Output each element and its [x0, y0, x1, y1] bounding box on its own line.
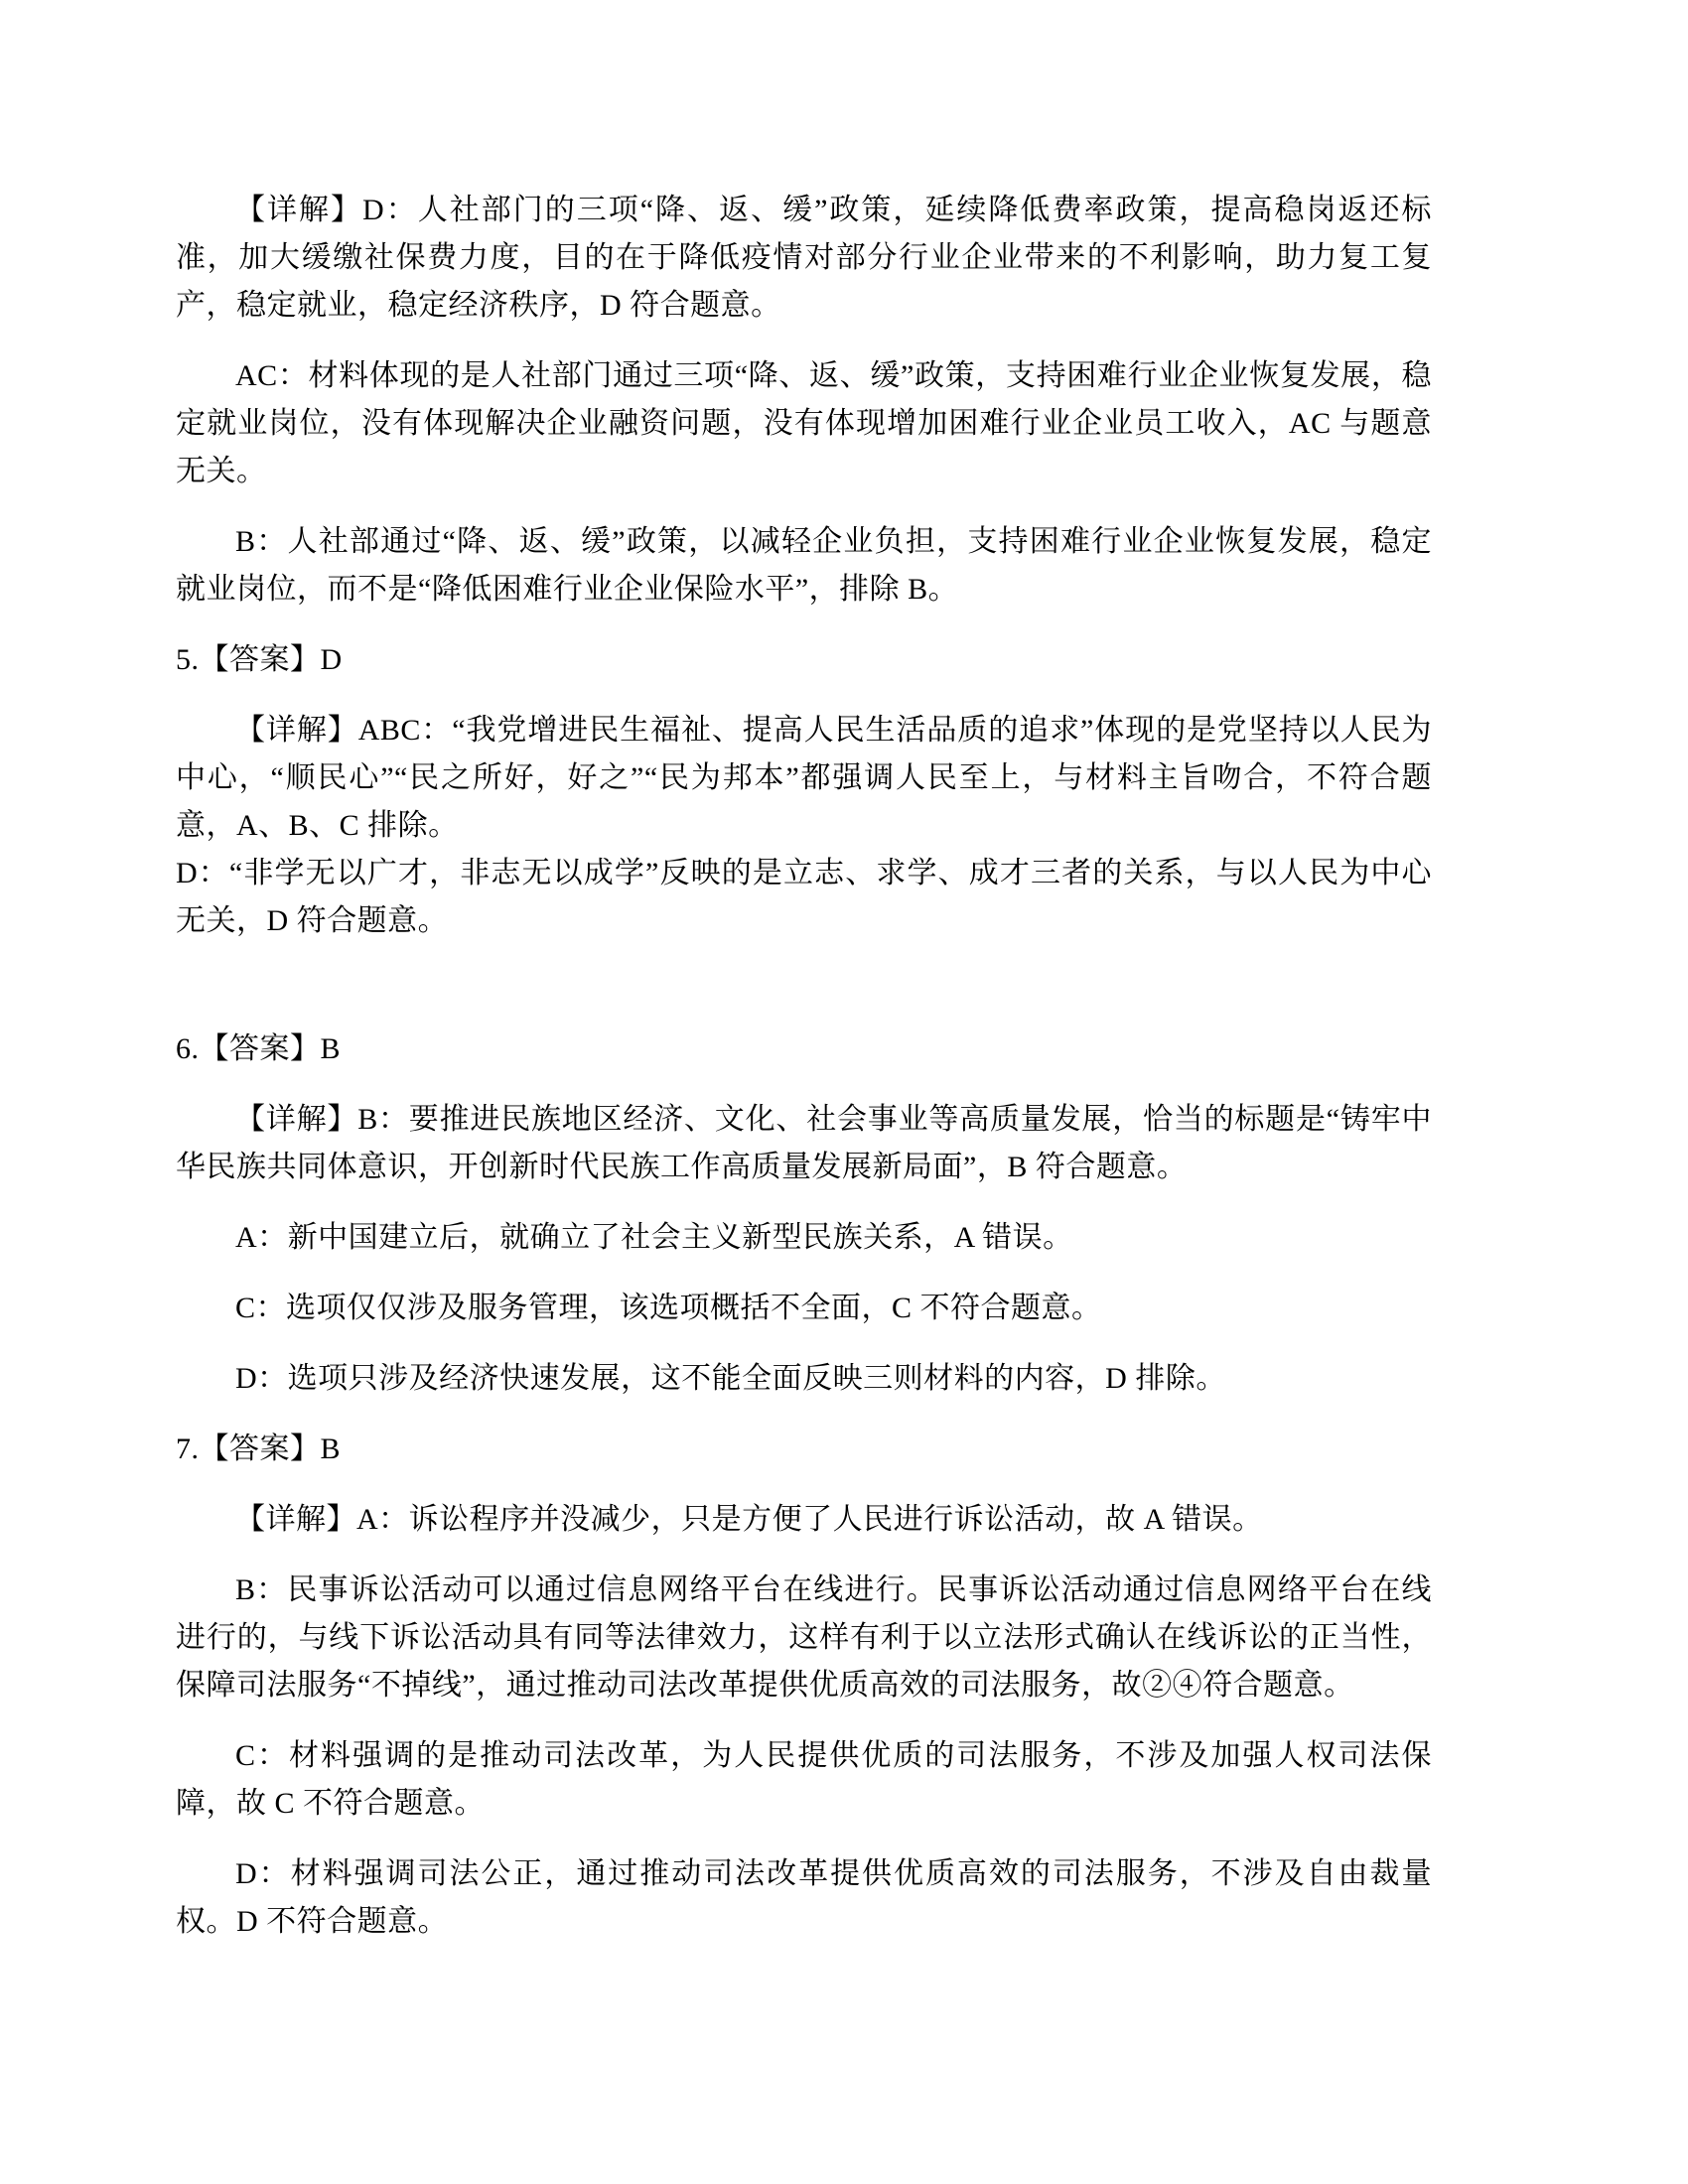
q7-answer-heading: 7.【答案】B	[176, 1426, 1432, 1473]
q7-detail-c-paragraph: C：材料强调的是推动司法改革，为人民提供优质的司法服务，不涉及加强人权司法保障，…	[176, 1732, 1432, 1828]
q6-detail-d-paragraph: D：选项只涉及经济快速发展，这不能全面反映三则材料的内容，D 排除。	[176, 1355, 1432, 1403]
q6-answer-heading: 6.【答案】B	[176, 1025, 1432, 1073]
q4-detail-d-paragraph: 【详解】D：人社部门的三项“降、返、缓”政策，延续降低费率政策，提高稳岗返还标准…	[176, 187, 1432, 330]
document-page: 【详解】D：人社部门的三项“降、返、缓”政策，延续降低费率政策，提高稳岗返还标准…	[0, 0, 1688, 2184]
q5-answer-heading: 5.【答案】D	[176, 636, 1432, 684]
q4-detail-b-paragraph: B：人社部通过“降、返、缓”政策，以减轻企业负担，支持困难行业企业恢复发展，稳定…	[176, 518, 1432, 614]
q6-detail-b-paragraph: 【详解】B：要推进民族地区经济、文化、社会事业等高质量发展，恰当的标题是“铸牢中…	[176, 1096, 1432, 1191]
q7-detail-a-paragraph: 【详解】A：诉讼程序并没减少，只是方便了人民进行诉讼活动，故 A 错误。	[176, 1496, 1432, 1544]
q7-detail-b-paragraph: B：民事诉讼活动可以通过信息网络平台在线进行。民事诉讼活动通过信息网络平台在线进…	[176, 1567, 1432, 1709]
section-spacer	[176, 968, 1432, 1025]
q6-detail-a-paragraph: A：新中国建立后，就确立了社会主义新型民族关系，A 错误。	[176, 1214, 1432, 1262]
q5-detail-paragraph: 【详解】ABC：“我党增进民生福祉、提高人民生活品质的追求”体现的是党坚持以人民…	[176, 707, 1432, 945]
answer-explanations-document: 【详解】D：人社部门的三项“降、返、缓”政策，延续降低费率政策，提高稳岗返还标准…	[176, 187, 1432, 1946]
q7-detail-d-paragraph: D：材料强调司法公正，通过推动司法改革提供优质高效的司法服务，不涉及自由裁量权。…	[176, 1850, 1432, 1946]
q6-detail-c-paragraph: C：选项仅仅涉及服务管理，该选项概括不全面，C 不符合题意。	[176, 1285, 1432, 1332]
q4-detail-ac-paragraph: AC：材料体现的是人社部门通过三项“降、返、缓”政策，支持困难行业企业恢复发展，…	[176, 352, 1432, 495]
